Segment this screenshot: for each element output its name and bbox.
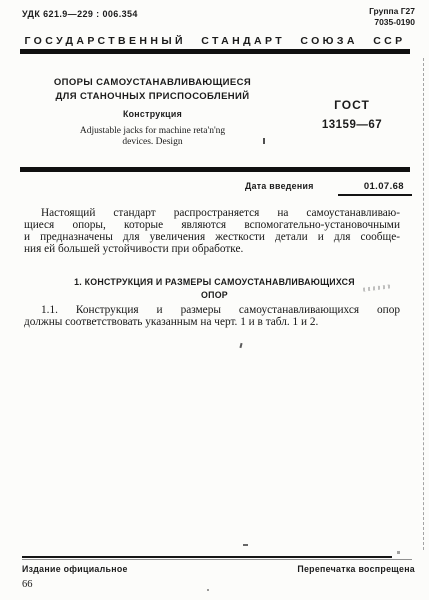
clause-1-1-paragraph: 1.1. Конструкция и размеры самоустанавли… xyxy=(24,304,400,329)
reprint-forbidden-label: Перепечатка воспрещена xyxy=(297,564,415,574)
clause-line: 1.1. Конструкция и размеры самоустанавли… xyxy=(24,304,400,316)
intro-paragraph: Настоящий стандарт распространяется на с… xyxy=(24,207,400,256)
intro-line: Настоящий стандарт распространяется на с… xyxy=(24,207,400,219)
standard-title-ru-line1: ОПОРЫ САМОУСТАНАВЛИВАЮЩИЕСЯ xyxy=(45,76,260,90)
gost-number: 13159—67 xyxy=(302,119,402,131)
footer-row: Издание официальное Перепечатка воспреще… xyxy=(22,564,415,574)
gost-designation: ГОСТ 13159—67 xyxy=(302,98,402,131)
standard-title-ru: ОПОРЫ САМОУСТАНАВЛИВАЮЩИЕСЯ ДЛЯ СТАНОЧНЫ… xyxy=(45,76,260,103)
footer-rule-thick xyxy=(22,556,392,558)
intro-line: и предназначены для увеличения жесткости… xyxy=(24,231,400,243)
scan-artifact-edge-line xyxy=(423,58,424,550)
document-page: УДК 621.9—229 : 006.354 Группа Г27 7035-… xyxy=(0,0,429,600)
scan-artifact-speck xyxy=(397,551,400,554)
group-line1: Группа Г27 xyxy=(369,6,415,17)
scan-artifact-speck xyxy=(207,589,209,591)
header-rule-bar xyxy=(20,49,410,54)
effective-date-label: Дата введения xyxy=(245,181,314,191)
state-standard-header: ГОСУДАРСТВЕННЫЙ СТАНДАРТ СОЮЗА ССР xyxy=(20,35,410,47)
gost-label: ГОСТ xyxy=(302,98,402,112)
effective-date-value: 01.07.68 xyxy=(338,181,412,196)
intro-line: щиеся опоры, которые являются вспомогате… xyxy=(24,219,400,231)
udk-classification: УДК 621.9—229 : 006.354 xyxy=(22,9,138,19)
page-number: 66 xyxy=(22,579,33,590)
intro-line: ния ей большей устойчивости при обработк… xyxy=(24,243,400,255)
official-edition-label: Издание официальное xyxy=(22,564,128,574)
scan-artifact-speck xyxy=(263,138,265,144)
group-code: Группа Г27 7035-0190 xyxy=(369,6,415,27)
standard-title-ru-line2: ДЛЯ СТАНОЧНЫХ ПРИСПОСОБЛЕНИЙ xyxy=(45,90,260,104)
title-rule-bar xyxy=(20,167,410,172)
scan-artifact-speck xyxy=(243,544,248,546)
footer-rule-thin xyxy=(22,559,412,560)
standard-subtitle: Конструкция xyxy=(45,109,260,119)
group-line2: 7035-0190 xyxy=(369,17,415,28)
standard-title-en: Adjustable jacks for machine reta'n'ng d… xyxy=(45,126,260,148)
standard-title-en-line2: devices. Design xyxy=(45,137,260,148)
standard-title-en-line1: Adjustable jacks for machine reta'n'ng xyxy=(45,126,260,137)
scan-artifact-speck xyxy=(239,343,242,348)
clause-line: должны соответствовать указанным на черт… xyxy=(24,316,400,328)
effective-date-row: Дата введения 01.07.68 xyxy=(245,181,412,196)
